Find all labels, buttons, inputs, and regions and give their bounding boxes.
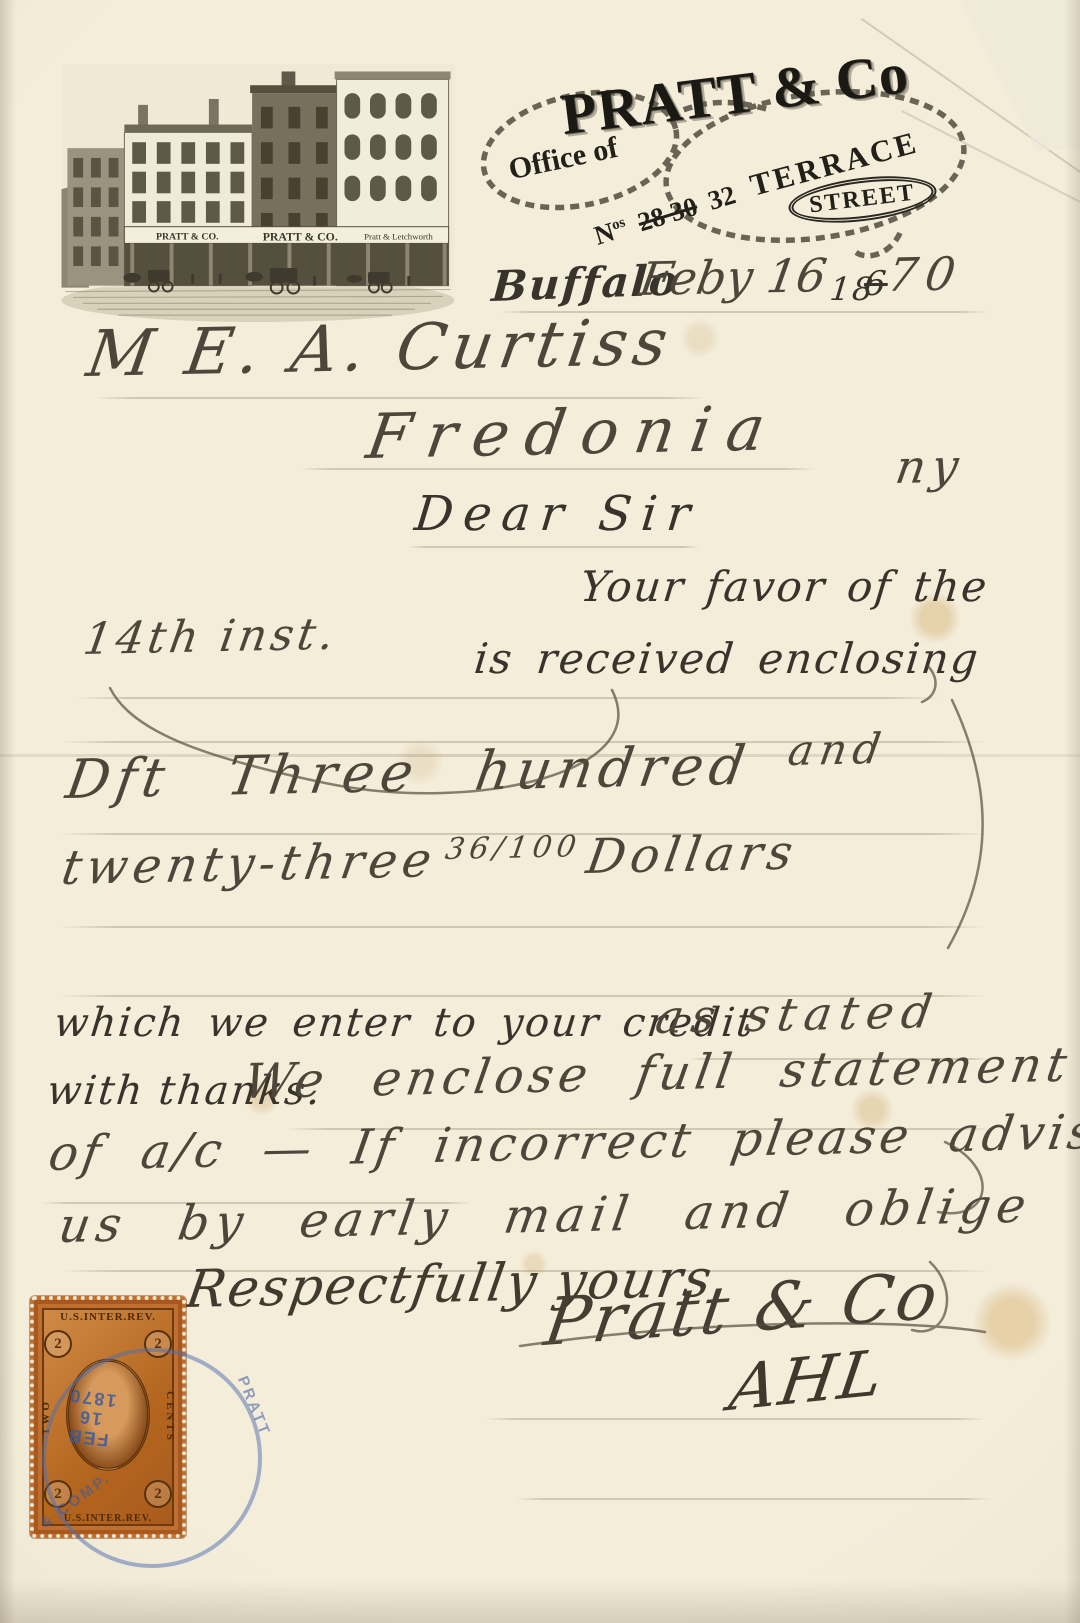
signature-initials: AHL — [725, 1337, 889, 1426]
building-sign-right: Pratt & Letchworth — [364, 231, 433, 241]
building-engraving-illustration: PRATT & CO. PRATT & CO. Pratt & Letchwor… — [60, 42, 456, 322]
account-line: of a/c — If incorrect please advise — [45, 1103, 1080, 1182]
printed-credit-clause: which we enter to your credit — [52, 1000, 757, 1046]
amount-line-1: Dft Three hundredand — [62, 731, 889, 811]
ruled-line — [515, 1498, 990, 1500]
amount-fraction: 36/100 — [443, 829, 584, 867]
left-edge-shadow — [0, 0, 16, 1623]
dateline-year-handwritten: 70 — [884, 246, 967, 302]
letter-document-page: PRATT & CO. PRATT & CO. Pratt & Letchwor… — [0, 0, 1080, 1623]
stamp-right-label: CENTS — [164, 1391, 176, 1443]
date-reference: 14th inst. — [80, 609, 341, 665]
addressee-state: ny — [892, 439, 968, 494]
stamp-denomination-top-left: 2 — [44, 1330, 72, 1358]
cancellation-company-arc-right: PRATT — [234, 1374, 274, 1440]
stamp-denomination-top-right: 2 — [144, 1330, 172, 1358]
ruled-line — [58, 926, 988, 928]
cancellation-date: FEB 16 1870 — [63, 1385, 118, 1450]
storefront-sign-band: PRATT & CO. PRATT & CO. Pratt & Letchwor… — [124, 227, 448, 244]
amount-words: twenty-three — [58, 832, 440, 896]
amount-currency: Dollars — [583, 825, 802, 885]
building-sign-left: PRATT & CO. — [156, 231, 219, 242]
stamp-denomination-bottom-right: 2 — [144, 1480, 172, 1508]
amount-line-2: twenty-three36/100Dollars — [58, 825, 801, 896]
stamp-top-label: U.S.INTER.REV. — [34, 1311, 182, 1323]
amount-and: and — [785, 724, 890, 775]
ruled-line — [408, 546, 700, 548]
bottom-edge-shadow — [0, 1580, 1080, 1623]
printed-received: is received enclosing — [472, 634, 982, 683]
building-sign-center: PRATT & CO. — [263, 230, 338, 243]
statement-note: We enclose full statement — [240, 1037, 1075, 1110]
amount-draft-words: Dft Three hundred — [62, 734, 755, 811]
ruled-line — [75, 697, 940, 699]
addressee-place: Fredonia — [362, 391, 786, 473]
right-edge-shadow — [1064, 0, 1080, 1623]
mail-line: us by early mail and oblige — [55, 1178, 1036, 1254]
salutation: Dear Sir — [412, 486, 703, 542]
printed-opening: Your favor of the — [578, 562, 991, 611]
stamp-left-label: TWO — [40, 1399, 52, 1435]
addressee-name: M E. A. Curtiss — [82, 306, 678, 392]
credit-note: as stated — [652, 984, 944, 1044]
left-gray-building — [67, 148, 124, 286]
dateline-month-day: Feby 16 — [636, 248, 830, 306]
flourish-right-paren — [948, 700, 983, 948]
